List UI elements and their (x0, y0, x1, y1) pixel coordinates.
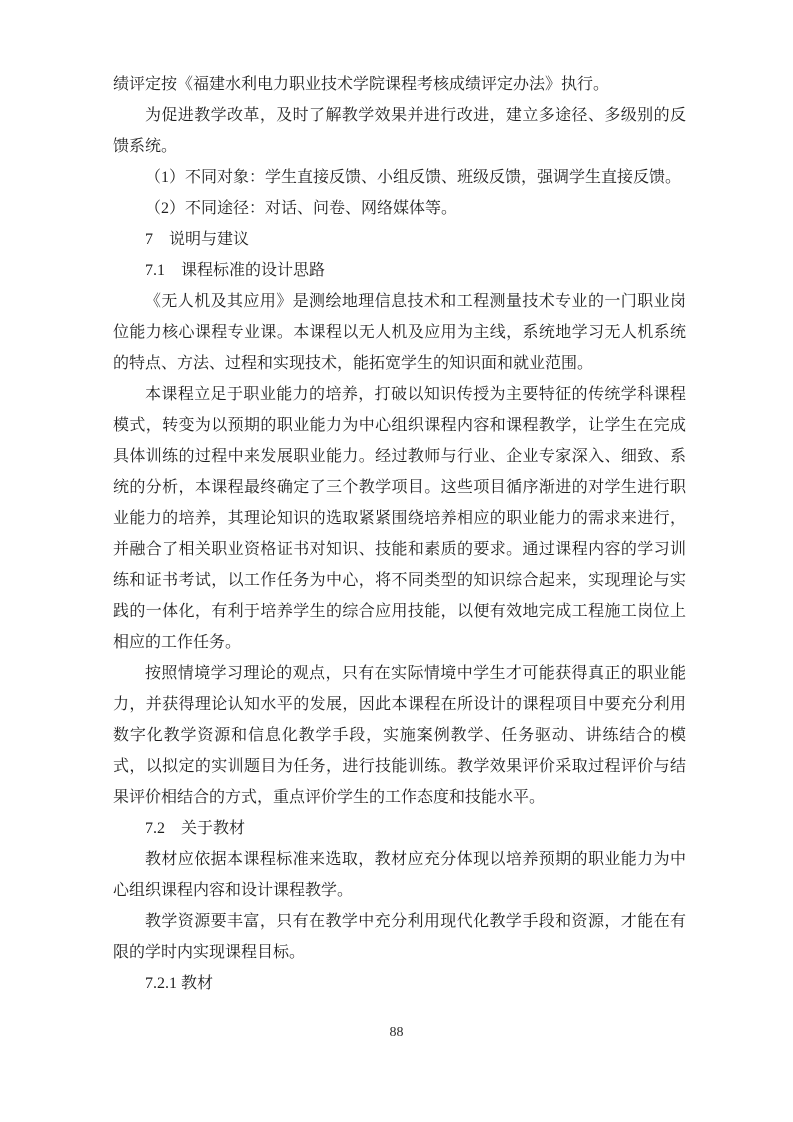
paragraph: 绩评定按《福建水利电力职业技术学院课程考核成绩评定办法》执行。 (113, 69, 686, 100)
paragraph: （2）不同途径：对话、问卷、网络媒体等。 (113, 193, 686, 224)
paragraph: （1）不同对象：学生直接反馈、小组反馈、班级反馈，强调学生直接反馈。 (113, 162, 686, 193)
paragraph: 按照情境学习理论的观点，只有在实际情境中学生才可能获得真正的职业能力，并获得理论… (113, 658, 686, 813)
paragraph: 为促进教学改革，及时了解教学效果并进行改进，建立多途径、多级别的反馈系统。 (113, 100, 686, 162)
paragraph: 本课程立足于职业能力的培养，打破以知识传授为主要特征的传统学科课程模式，转变为以… (113, 379, 686, 658)
section-heading: 7.2 关于教材 (113, 813, 686, 844)
paragraph: 教学资源要丰富，只有在教学中充分利用现代化教学手段和资源，才能在有限的学时内实现… (113, 906, 686, 968)
page-number: 88 (390, 1025, 404, 1040)
paragraph: 教材应依据本课程标准来选取，教材应充分体现以培养预期的职业能力为中心组织课程内容… (113, 844, 686, 906)
document-page: 绩评定按《福建水利电力职业技术学院课程考核成绩评定办法》执行。为促进教学改革，及… (0, 0, 793, 1122)
page-footer: 88 (0, 1022, 793, 1044)
paragraph: 《无人机及其应用》是测绘地理信息技术和工程测量技术专业的一门职业岗位能力核心课程… (113, 286, 686, 379)
section-heading: 7.2.1 教材 (113, 968, 686, 999)
document-body: 绩评定按《福建水利电力职业技术学院课程考核成绩评定办法》执行。为促进教学改革，及… (113, 69, 686, 999)
section-heading: 7.1 课程标准的设计思路 (113, 255, 686, 286)
section-heading: 7 说明与建议 (113, 224, 686, 255)
